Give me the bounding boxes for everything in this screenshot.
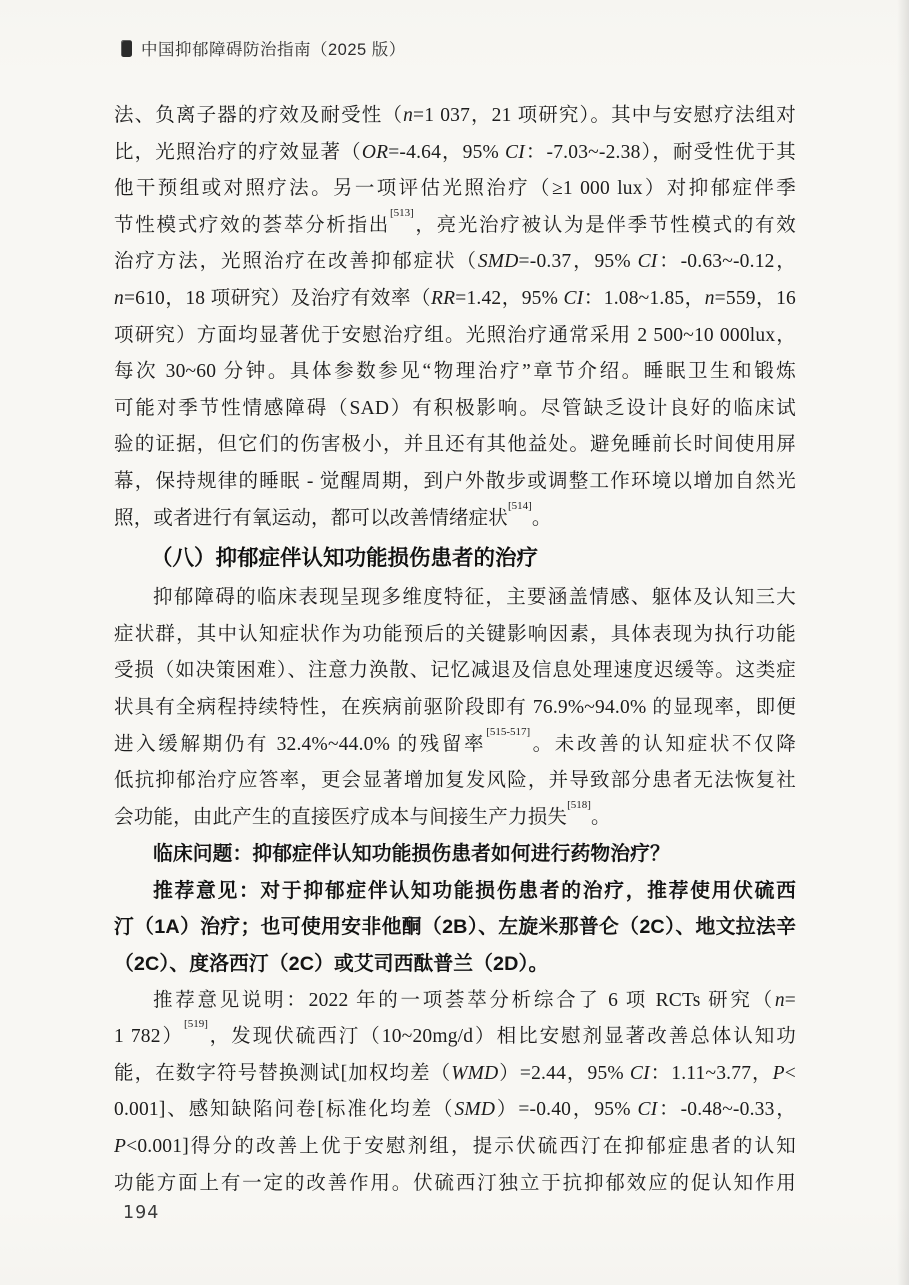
statistic-variable: OR xyxy=(362,142,388,163)
text-line: P<0.001]得分的改善上优于安慰剂组，提示伏硫西汀在抑郁症患者的认知 xyxy=(114,1129,796,1166)
document-page: 中国抑郁障碍防治指南（2025 版） 法、负离子器的疗效及耐受性（n=1 037… xyxy=(0,0,909,1285)
running-header-title: 中国抑郁障碍防治指南（2025 版） xyxy=(141,36,406,60)
text-line: 推荐意见说明：2022 年的一项荟萃分析综合了 6 项 RCTs 研究（n= xyxy=(114,983,796,1020)
text-line: 症状群，其中认知症状作为功能预后的关键影响因素，具体表现为执行功能 xyxy=(114,617,796,654)
page-number: 194 xyxy=(123,1203,159,1223)
recommendation-explanation-paragraph: 推荐意见说明：2022 年的一项荟萃分析综合了 6 项 RCTs 研究（n=1 … xyxy=(114,983,796,1203)
reference-superscript: [519] xyxy=(184,1019,208,1030)
statistic-variable: P xyxy=(114,1136,126,1157)
running-header: 中国抑郁障碍防治指南（2025 版） xyxy=(121,36,406,60)
text-line: 幕，保持规律的睡眠 - 觉醒周期，到户外散步或调整工作环境以增加自然光 xyxy=(114,464,796,501)
text-line: 会功能，由此产生的直接医疗成本与间接生产力损失[518]。 xyxy=(114,800,796,837)
book-spine-icon xyxy=(121,40,132,57)
reference-superscript: [515-517] xyxy=(486,727,530,738)
statistic-variable: CI xyxy=(505,142,525,163)
text-line: 1 782）[519]，发现伏硫西汀（10~20mg/d）相比安慰剂显著改善总体… xyxy=(114,1019,796,1056)
text-line: 比，光照治疗的疗效显著（OR=-4.64，95% CI：-7.03~-2.38）… xyxy=(114,135,796,172)
continued-paragraph-light-therapy: 法、负离子器的疗效及耐受性（n=1 037，21 项研究）。其中与安慰疗法组对比… xyxy=(114,98,796,537)
text-line: 低抗抑郁治疗应答率，更会显著增加复发风险，并导致部分患者无法恢复社 xyxy=(114,763,796,800)
statistic-variable: n xyxy=(114,288,124,309)
section-heading-8: （八）抑郁症伴认知功能损伤患者的治疗 xyxy=(114,537,796,580)
text-line: 项研究）方面均显著优于安慰治疗组。光照治疗通常采用 2 500~10 000lu… xyxy=(114,318,796,355)
text-line: 临床问题：抑郁症伴认知功能损伤患者如何进行药物治疗？ xyxy=(114,836,796,873)
text-line: 能，在数字符号替换测试[加权均差（WMD）=2.44，95% CI：1.11~3… xyxy=(114,1056,796,1093)
statistic-variable: n xyxy=(705,288,715,309)
statistic-variable: CI xyxy=(630,1063,650,1084)
text-line: 每次 30~60 分钟。具体参数参见“物理治疗”章节介绍。睡眠卫生和锻炼 xyxy=(114,354,796,391)
statistic-variable: P xyxy=(773,1063,785,1084)
statistic-variable: RR xyxy=(431,288,455,309)
text-line: 进入缓解期仍有 32.4%~44.0% 的残留率[515-517]。未改善的认知… xyxy=(114,727,796,764)
text-line: 汀（1A）治疗；也可使用安非他酮（2B）、左旋米那普仑（2C）、地文拉法辛 xyxy=(114,909,796,946)
statistic-variable: CI xyxy=(637,1099,657,1120)
text-line: （2C）、度洛西汀（2C）或艾司西酞普兰（2D）。 xyxy=(114,946,796,983)
reference-superscript: [518] xyxy=(567,800,591,811)
text-line: 状具有全病程持续特性，在疾病前驱阶段即有 76.9%~94.0% 的显现率，即便 xyxy=(114,690,796,727)
text-line: n=610，18 项研究）及治疗有效率（RR=1.42，95% CI：1.08~… xyxy=(114,281,796,318)
text-line: 他干预组或对照疗法。另一项评估光照治疗（≥1 000 lux）对抑郁症伴季 xyxy=(114,171,796,208)
statistic-variable: n xyxy=(775,990,785,1011)
text-line: 治疗方法，光照治疗在改善抑郁症状（SMD=-0.37，95% CI：-0.63~… xyxy=(114,244,796,281)
text-line: 推荐意见：对于抑郁症伴认知功能损伤患者的治疗，推荐使用伏硫西 xyxy=(114,873,796,910)
text-line: 验的证据，但它们的伤害极小，并且还有其他益处。避免睡前长时间使用屏 xyxy=(114,427,796,464)
clinical-question-paragraph: 临床问题：抑郁症伴认知功能损伤患者如何进行药物治疗？ xyxy=(114,836,796,873)
cognitive-impairment-intro-paragraph: 抑郁障碍的临床表现呈现多维度特征，主要涵盖情感、躯体及认知三大症状群，其中认知症… xyxy=(114,580,796,836)
text-line: 可能对季节性情感障碍（SAD）有积极影响。尽管缺乏设计良好的临床试 xyxy=(114,391,796,428)
recommendation-paragraph: 推荐意见：对于抑郁症伴认知功能损伤患者的治疗，推荐使用伏硫西汀（1A）治疗；也可… xyxy=(114,873,796,983)
statistic-variable: WMD xyxy=(451,1063,498,1084)
text-line: 功能方面上有一定的改善作用。伏硫西汀独立于抗抑郁效应的促认知作用 xyxy=(114,1166,796,1203)
reference-superscript: [513] xyxy=(390,208,414,219)
statistic-variable: n xyxy=(403,105,413,126)
text-line: 受损（如决策困难）、注意力涣散、记忆减退及信息处理速度迟缓等。这类症 xyxy=(114,653,796,690)
text-line: 节性模式疗效的荟萃分析指出[513]，亮光治疗被认为是伴季节性模式的有效 xyxy=(114,208,796,245)
text-line: 抑郁障碍的临床表现呈现多维度特征，主要涵盖情感、躯体及认知三大 xyxy=(114,580,796,617)
statistic-variable: SMD xyxy=(454,1099,495,1120)
text-line: 照，或者进行有氧运动，都可以改善情绪症状[514]。 xyxy=(114,501,796,538)
text-line: 法、负离子器的疗效及耐受性（n=1 037，21 项研究）。其中与安慰疗法组对 xyxy=(114,98,796,135)
statistic-variable: CI xyxy=(638,251,658,272)
reference-superscript: [514] xyxy=(508,501,532,512)
statistic-variable: SMD xyxy=(478,251,519,272)
statistic-variable: CI xyxy=(563,288,583,309)
text-line: 0.001]、感知缺陷问卷[标准化均差（SMD）=-0.40，95% CI：-0… xyxy=(114,1092,796,1129)
page-body: 法、负离子器的疗效及耐受性（n=1 037，21 项研究）。其中与安慰疗法组对比… xyxy=(114,98,796,1202)
